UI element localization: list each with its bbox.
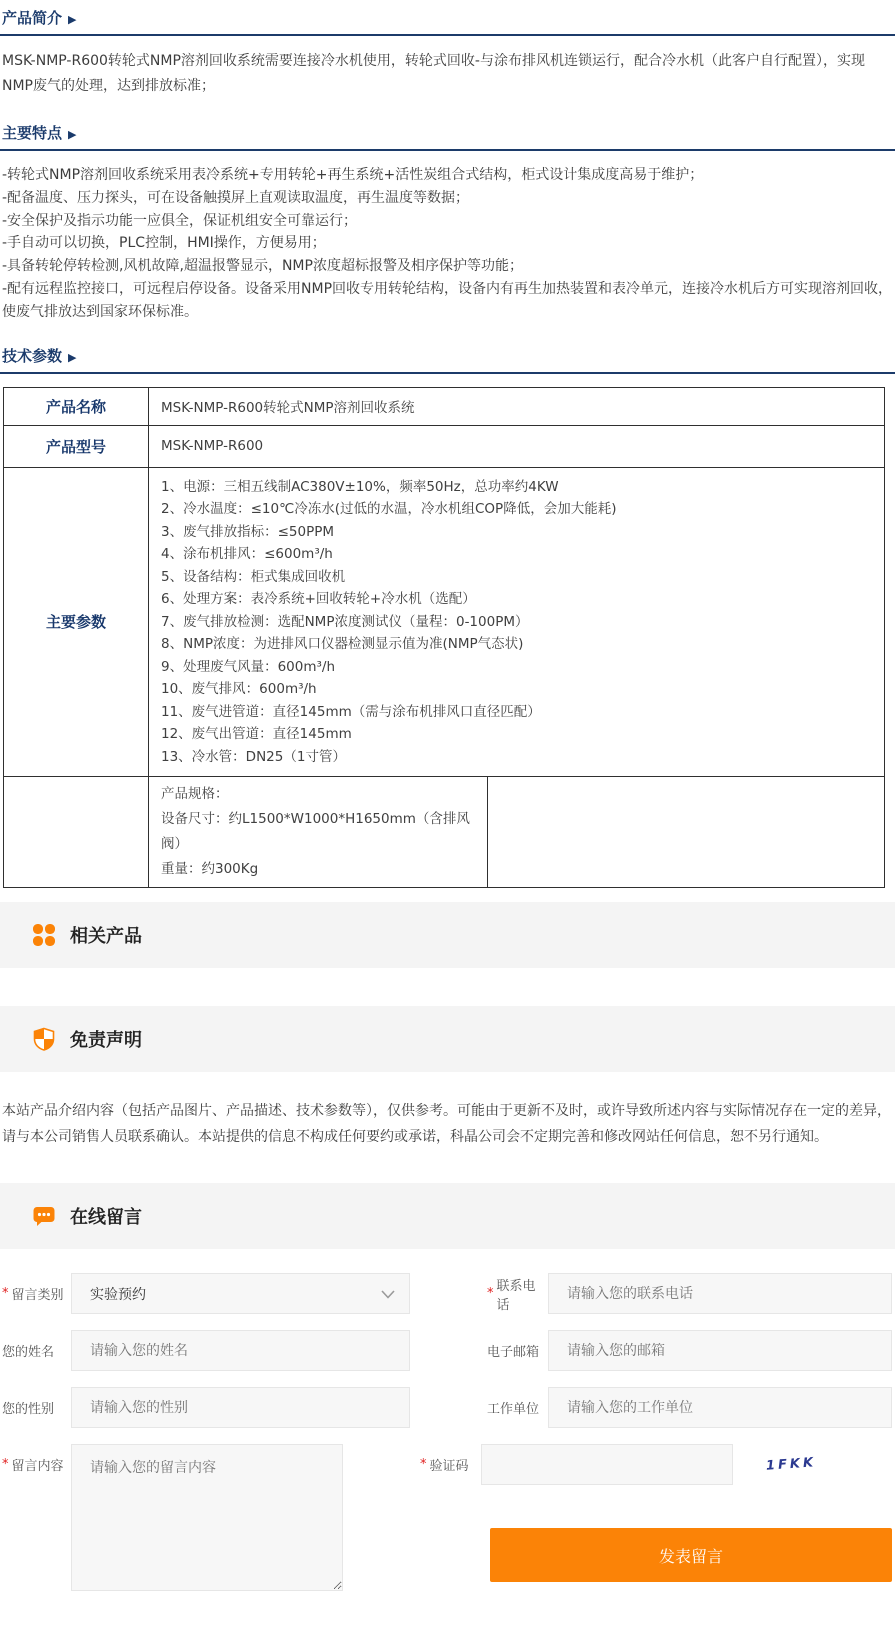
clover-icon [32,923,56,947]
captcha-label: * 验证码 [414,1444,481,1485]
spec-line: 设备尺寸：约L1500*W1000*H1650mm（含排风阀） [161,807,475,857]
captcha-row: 1FKK [481,1444,892,1485]
category-label: * 留言类别 [0,1273,71,1314]
phone-input[interactable] [549,1274,891,1313]
required-asterisk: * [420,1457,427,1472]
section-title-intro-text: 产品简介 [2,9,62,27]
triangle-right-icon: ▶ [68,13,76,26]
table-row: 主要参数 1、电源：三相五线制AC380V±10%，频率50Hz，总功率约4KW… [4,467,885,777]
related-products-band: 相关产品 [0,902,895,968]
spec-line: 产品规格： [161,782,475,807]
param-line: 6、处理方案：表冷系统+回收转轮+冷水机（选配） [161,588,872,611]
product-name-value: MSK-NMP-R600转轮式NMP溶剂回收系统 [149,387,885,425]
content-label: * 留言内容 [0,1444,71,1485]
captcha-code-image[interactable]: 1FKK [766,1455,817,1473]
form-row-2: 您的姓名 电子邮箱 [0,1330,892,1371]
submit-button[interactable]: 发表留言 [490,1528,892,1582]
feature-line: -配有远程监控接口，可远程启停设备。设备采用NMP回收专用转轮结构，设备内有再生… [2,278,893,324]
disclaimer-text: 本站产品介绍内容（包括产品图片、产品描述、技术参数等），仅供参考。可能由于更新不… [2,1098,893,1150]
empty-cell [488,777,885,888]
feature-line: -配备温度、压力探头，可在设备触摸屏上直观读取温度，再生温度等数据； [2,187,893,210]
section-divider [0,372,895,374]
param-line: 4、涂布机排风：≤600m³/h [161,543,872,566]
captcha-input-box [481,1444,733,1485]
required-asterisk: * [2,1286,9,1301]
feature-line: -具备转轮停转检测,风机故障,超温报警显示，NMP浓度超标报警及相序保护等功能； [2,255,893,278]
related-products-title: 相关产品 [70,922,142,948]
param-line: 5、设备结构：柜式集成回收机 [161,566,872,589]
product-detail-page: 产品简介▶ MSK-NMP-R600转轮式NMP溶剂回收系统需要连接冷水机使用，… [0,0,895,1631]
disclaimer-band: 免责声明 [0,1006,895,1072]
required-asterisk: * [487,1286,494,1301]
gender-input[interactable] [72,1388,409,1427]
table-row: 产品名称 MSK-NMP-R600转轮式NMP溶剂回收系统 [4,387,885,425]
spec-line: 重量：约300Kg [161,857,475,882]
param-line: 3、废气排放指标：≤50PPM [161,521,872,544]
captcha-and-submit: 1FKK 发表留言 [481,1444,892,1582]
section-title-features-text: 主要特点 [2,124,62,142]
company-label: 工作单位 [481,1387,548,1428]
name-input-box [71,1330,410,1371]
gender-label: 您的性别 [0,1387,71,1428]
company-input[interactable] [549,1388,891,1427]
phone-input-box [548,1273,892,1314]
disclaimer-title: 免责声明 [70,1026,142,1052]
company-input-box [548,1387,892,1428]
email-label: 电子邮箱 [481,1330,548,1371]
section-title-intro: 产品简介▶ [2,8,895,28]
section-title-specs-text: 技术参数 [2,347,62,365]
specs-table: 产品名称 MSK-NMP-R600转轮式NMP溶剂回收系统 产品型号 MSK-N… [3,387,885,889]
chat-icon [32,1204,56,1228]
param-line: 7、废气排放检测：选配NMP浓度测试仪（量程：0-100PM） [161,611,872,634]
param-line: 10、废气排风：600m³/h [161,678,872,701]
feature-line: -安全保护及指示功能一应俱全，保证机组安全可靠运行； [2,210,893,233]
triangle-right-icon: ▶ [68,351,76,364]
message-form: * 留言类别 实验预约 * 联系电话 您的姓名 [0,1273,892,1591]
name-label: 您的姓名 [0,1330,71,1371]
captcha-input[interactable] [482,1445,732,1484]
table-row: 产品规格： 设备尺寸：约L1500*W1000*H1650mm（含排风阀） 重量… [4,777,885,888]
param-line: 12、废气出管道：直径145mm [161,723,872,746]
product-spec-cell: 产品规格： 设备尺寸：约L1500*W1000*H1650mm（含排风阀） 重量… [149,777,488,888]
param-line: 2、冷水温度：≤10℃冷冻水(过低的水温，冷水机组COP降低，会加大能耗) [161,498,872,521]
table-row: 产品型号 MSK-NMP-R600 [4,425,885,467]
name-input[interactable] [72,1331,409,1370]
product-name-label: 产品名称 [4,387,149,425]
category-select[interactable]: 实验预约 [71,1273,410,1314]
section-divider [0,149,895,151]
email-input-box [548,1330,892,1371]
product-model-label: 产品型号 [4,425,149,467]
param-line: 1、电源：三相五线制AC380V±10%，频率50Hz，总功率约4KW [161,476,872,499]
chevron-down-icon [381,1284,395,1303]
email-input[interactable] [549,1331,891,1370]
param-line: 11、废气进管道：直径145mm（需与涂布机排风口直径匹配） [161,701,872,724]
gender-input-box [71,1387,410,1428]
form-row-3: 您的性别 工作单位 [0,1387,892,1428]
feature-list: -转轮式NMP溶剂回收系统采用表冷系统+专用转轮+再生系统+活性炭组合式结构，柜… [2,164,893,324]
form-row-1: * 留言类别 实验预约 * 联系电话 [0,1273,892,1314]
triangle-right-icon: ▶ [68,128,76,141]
message-textarea[interactable] [71,1444,343,1591]
feature-line: -手自动可以切换，PLC控制，HMI操作，方便易用； [2,232,893,255]
phone-label: * 联系电话 [481,1273,548,1314]
param-line: 8、NMP浓度：为进排风口仪器检测显示值为准(NMP气态状) [161,633,872,656]
main-params-value: 1、电源：三相五线制AC380V±10%，频率50Hz，总功率约4KW 2、冷水… [149,467,885,777]
section-title-specs: 技术参数▶ [2,346,895,366]
param-line: 13、冷水管：DN25（1寸管） [161,746,872,769]
feature-line: -转轮式NMP溶剂回收系统采用表冷系统+专用转轮+再生系统+活性炭组合式结构，柜… [2,164,893,187]
main-params-label: 主要参数 [4,467,149,777]
online-message-title: 在线留言 [70,1203,142,1229]
category-select-value: 实验预约 [90,1284,381,1304]
bottom-padding [0,1591,895,1631]
section-divider [0,34,895,36]
empty-cell [4,777,149,888]
product-model-value: MSK-NMP-R600 [149,425,885,467]
online-message-band: 在线留言 [0,1183,895,1249]
form-row-4: * 留言内容 * 验证码 1FKK 发表留言 [0,1444,892,1591]
required-asterisk: * [2,1457,9,1472]
shield-icon [32,1027,56,1051]
intro-paragraph: MSK-NMP-R600转轮式NMP溶剂回收系统需要连接冷水机使用，转轮式回收-… [2,49,893,99]
param-line: 9、处理废气风量：600m³/h [161,656,872,679]
section-title-features: 主要特点▶ [2,123,895,143]
